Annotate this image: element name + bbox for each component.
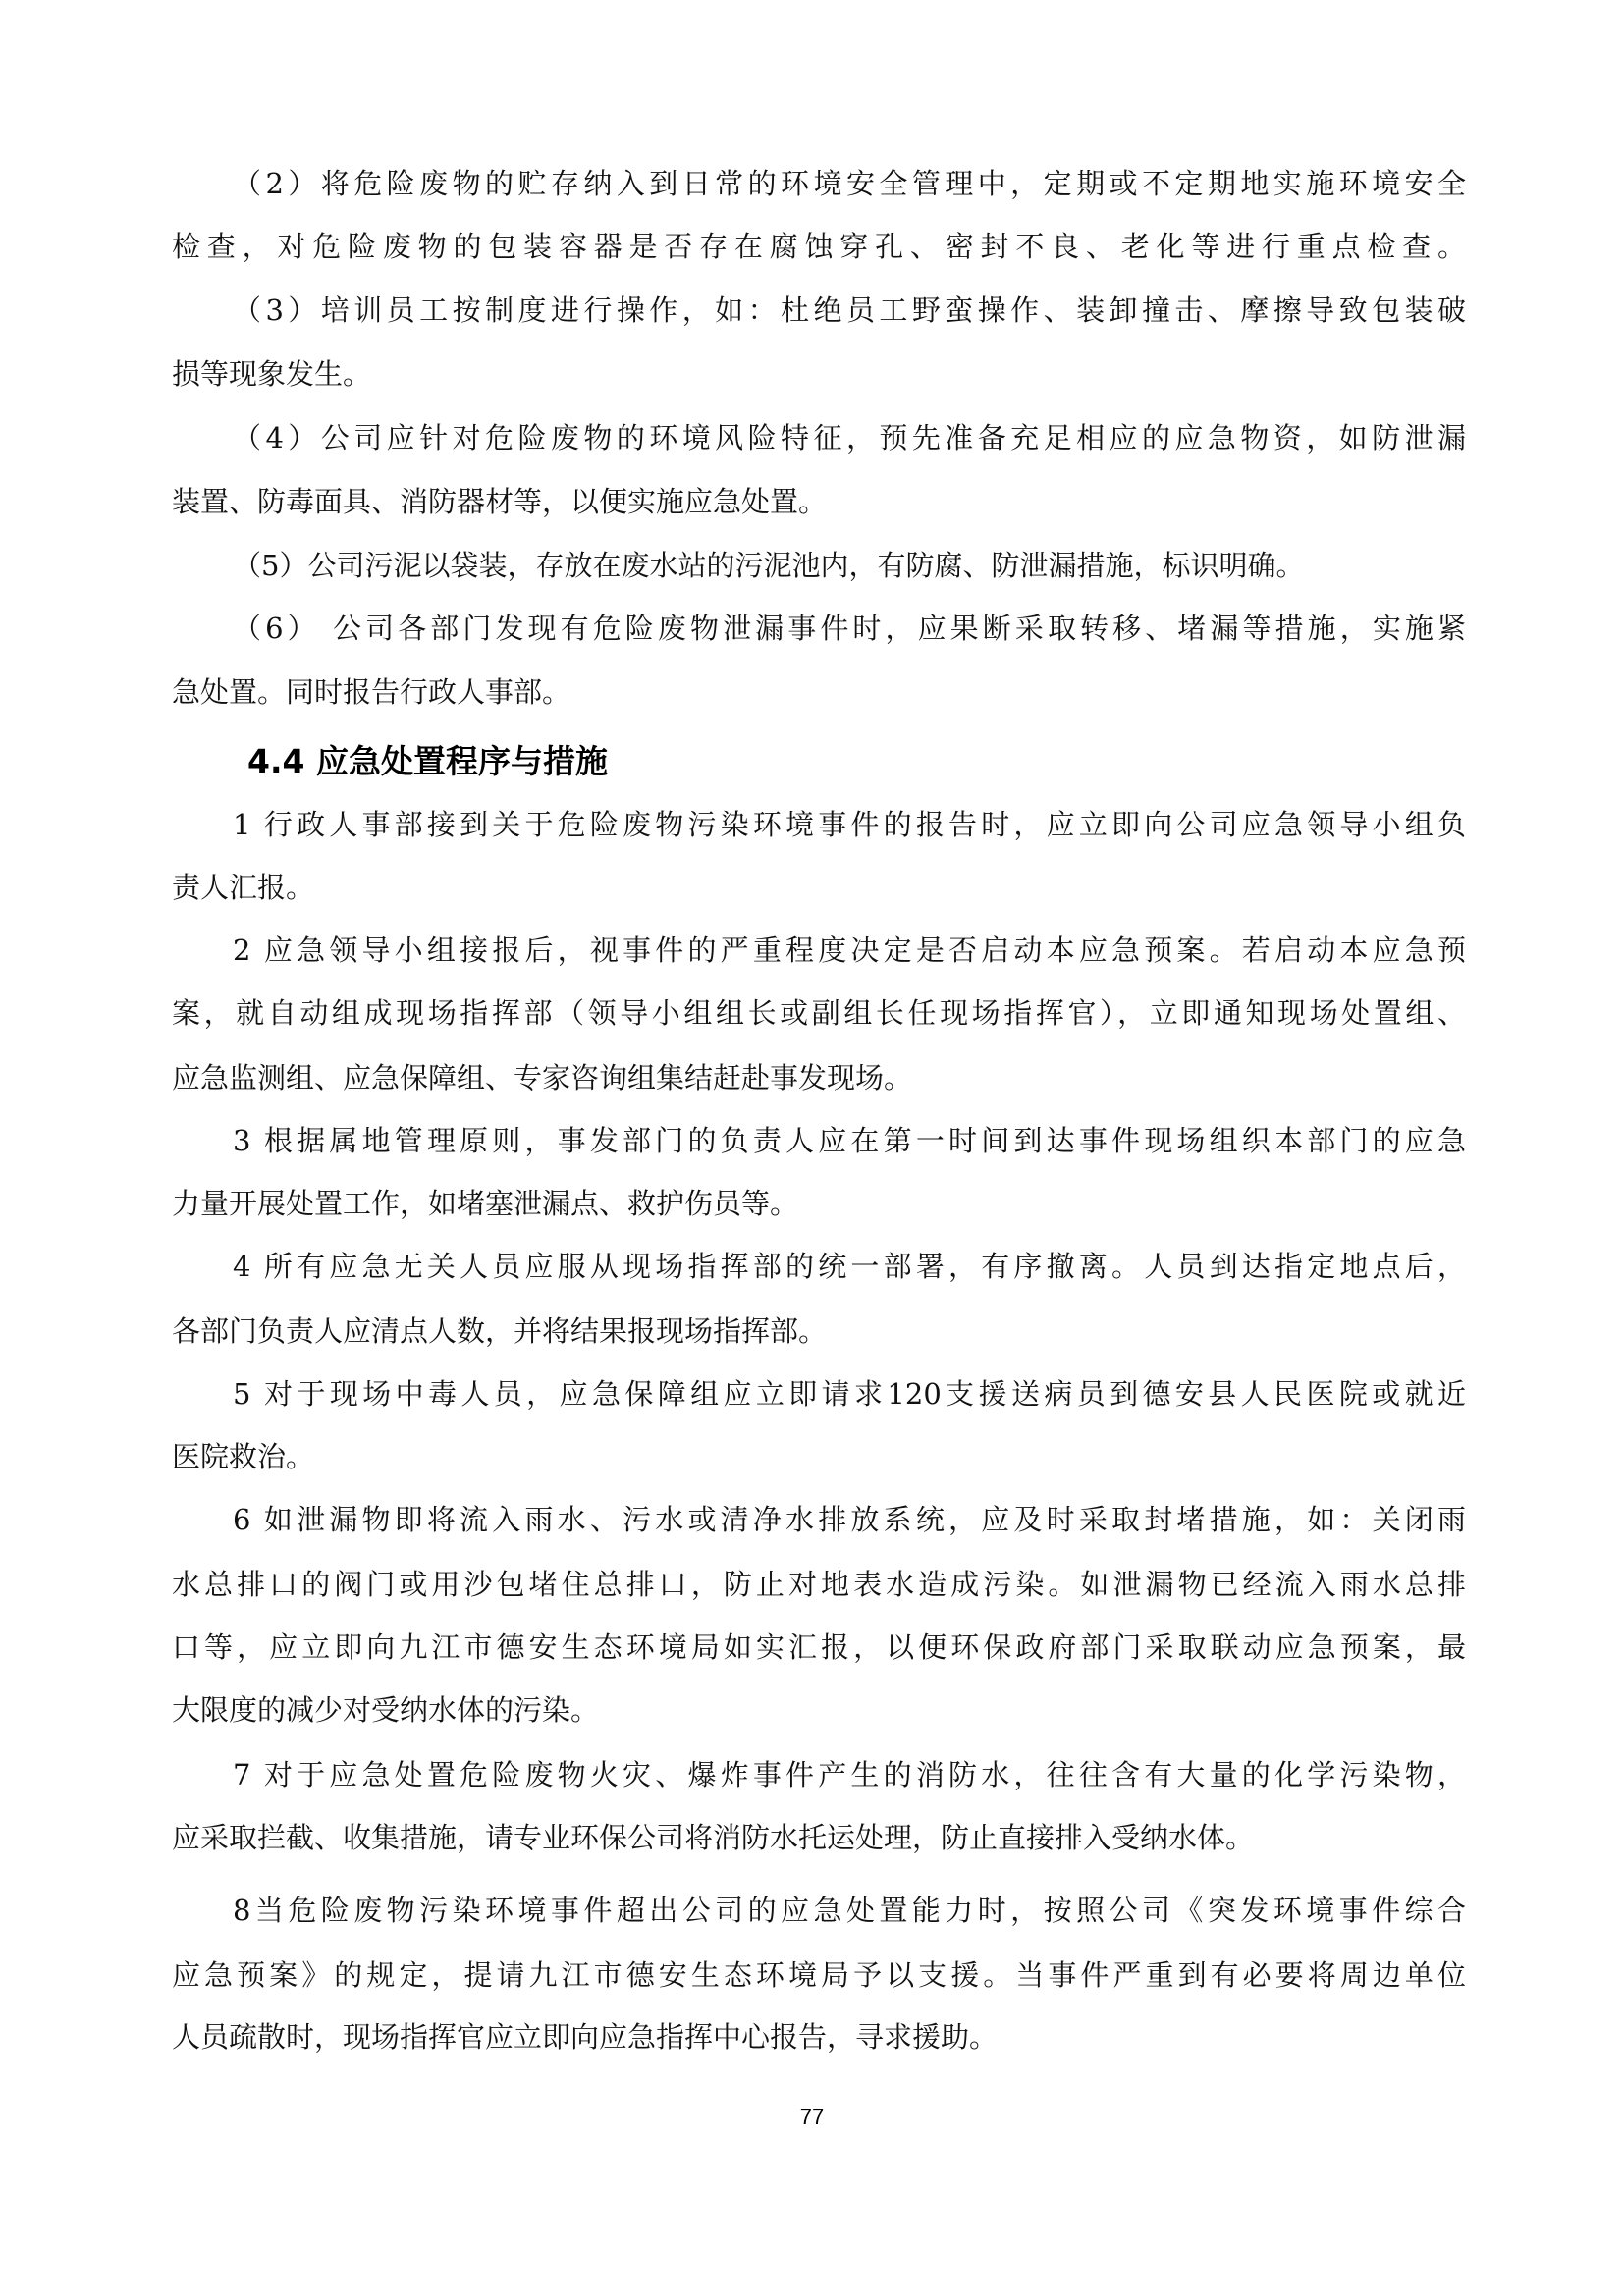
paragraph-line: 检查，对危险废物的包装容器是否存在腐蚀穿孔、密封不良、老化等进行重点检查。 <box>172 227 1466 266</box>
paragraph-line: （3）培训员工按制度进行操作，如：杜绝员工野蛮操作、装卸撞击、摩擦导致包装破 <box>172 291 1466 330</box>
paragraph-line: 急处置。同时报告行政人事部。 <box>172 672 1466 712</box>
paragraph-line: （5）公司污泥以袋装，存放在废水站的污泥池内，有防腐、防泄漏措施，标识明确。 <box>172 546 1466 585</box>
document-page: （2）将危险废物的贮存纳入到日常的环境安全管理中，定期或不定期地实施环境安全 检… <box>0 0 1624 2296</box>
paragraph-line: 力量开展处置工作，如堵塞泄漏点、救护伤员等。 <box>172 1184 1466 1223</box>
paragraph-line: 5 对于现场中毒人员，应急保障组应立即请求120支援送病员到德安县人民医院或就近 <box>172 1374 1466 1414</box>
paragraph-line: 口等，应立即向九江市德安生态环境局如实汇报，以便环保政府部门采取联动应急预案，最 <box>172 1628 1466 1667</box>
paragraph-line: 装置、防毒面具、消防器材等，以便实施应急处置。 <box>172 482 1466 521</box>
paragraph-line: 1 行政人事部接到关于危险废物污染环境事件的报告时，应立即向公司应急领导小组负 <box>172 805 1466 844</box>
paragraph-line: 应急预案》的规定，提请九江市德安生态环境局予以支援。当事件严重到有必要将周边单位 <box>172 1955 1466 1995</box>
paragraph-line: 3 根据属地管理原则，事发部门的负责人应在第一时间到达事件现场组织本部门的应急 <box>172 1121 1466 1160</box>
paragraph-line: 医院救治。 <box>172 1437 1466 1476</box>
paragraph-line: 损等现象发生。 <box>172 354 1466 394</box>
paragraph-line: 水总排口的阀门或用沙包堵住总排口，防止对地表水造成污染。如泄漏物已经流入雨水总排 <box>172 1565 1466 1604</box>
paragraph-line: （2）将危险废物的贮存纳入到日常的环境安全管理中，定期或不定期地实施环境安全 <box>172 164 1466 203</box>
page-number: 77 <box>0 2105 1624 2130</box>
paragraph-line: 2 应急领导小组接报后，视事件的严重程度决定是否启动本应急预案。若启动本应急预 <box>172 931 1466 970</box>
paragraph-line: 大限度的减少对受纳水体的污染。 <box>172 1690 1466 1730</box>
section-heading: 4.4 应急处置程序与措施 <box>247 739 608 784</box>
paragraph-line: 6 如泄漏物即将流入雨水、污水或清净水排放系统，应及时采取封堵措施，如：关闭雨 <box>172 1500 1466 1539</box>
paragraph-line: 责人汇报。 <box>172 868 1466 907</box>
paragraph-line: 人员疏散时，现场指挥官应立即向应急指挥中心报告，寻求援助。 <box>172 2017 1466 2056</box>
paragraph-line: 8当危险废物污染环境事件超出公司的应急处置能力时，按照公司《突发环境事件综合 <box>172 1891 1466 1930</box>
paragraph-line: （4）公司应针对危险废物的环境风险特征，预先准备充足相应的应急物资，如防泄漏 <box>172 418 1466 457</box>
paragraph-line: 案，就自动组成现场指挥部（领导小组组长或副组长任现场指挥官），立即通知现场处置组… <box>172 993 1466 1033</box>
paragraph-line: （6） 公司各部门发现有危险废物泄漏事件时，应果断采取转移、堵漏等措施，实施紧 <box>172 609 1466 648</box>
paragraph-line: 各部门负责人应清点人数，并将结果报现场指挥部。 <box>172 1311 1466 1351</box>
paragraph-line: 应急监测组、应急保障组、专家咨询组集结赶赴事发现场。 <box>172 1058 1466 1097</box>
paragraph-line: 4 所有应急无关人员应服从现场指挥部的统一部署，有序撤离。人员到达指定地点后， <box>172 1247 1466 1286</box>
paragraph-line: 应采取拦截、收集措施，请专业环保公司将消防水托运处理，防止直接排入受纳水体。 <box>172 1818 1466 1857</box>
paragraph-line: 7 对于应急处置危险废物火灾、爆炸事件产生的消防水，往往含有大量的化学污染物， <box>172 1755 1466 1794</box>
